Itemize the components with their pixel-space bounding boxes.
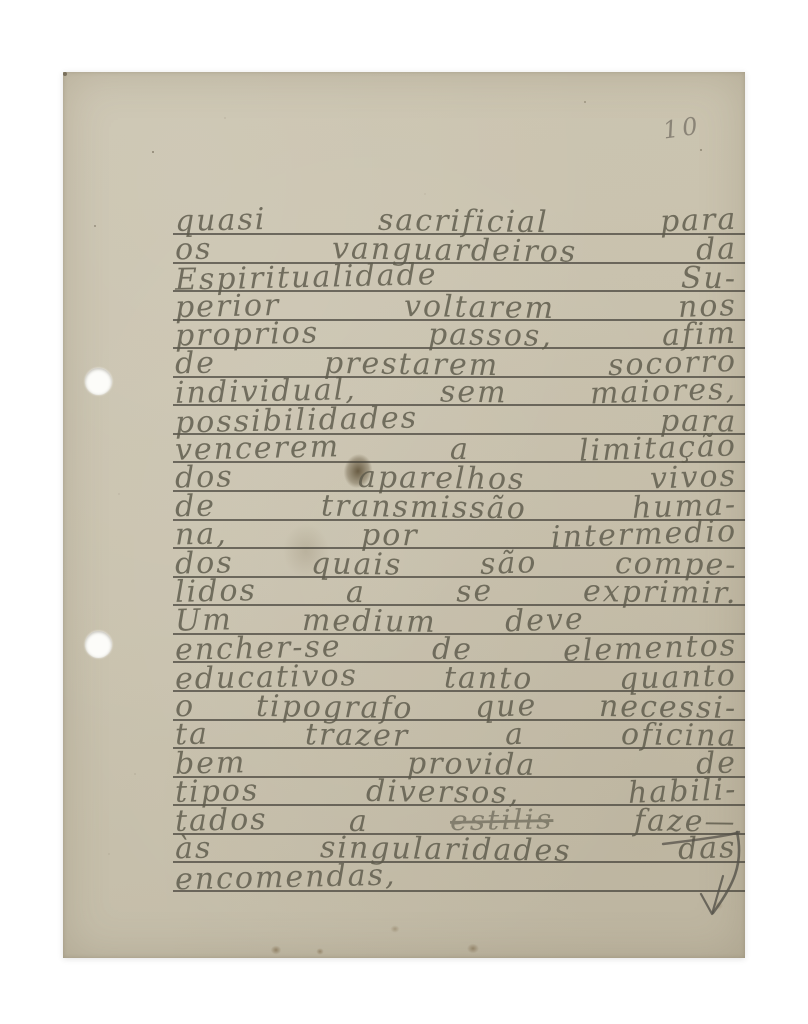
manuscript-row: tiposdiversos,habili-: [175, 774, 737, 808]
foxing-stain: [269, 944, 283, 956]
ruled-line: [173, 319, 745, 321]
manuscript-row: dosaparelhosvivos: [175, 460, 737, 494]
ruled-line: [173, 547, 745, 549]
ruled-line: [173, 519, 745, 521]
manuscript-row: propriospassos,afim: [175, 317, 737, 351]
manuscript-row: possibilidadespara: [175, 403, 737, 437]
ruled-line: [173, 804, 745, 806]
ruled-line: [173, 347, 745, 349]
struck-out-word: estilis: [450, 805, 554, 836]
manuscript-row: tatrazeraoficina: [175, 717, 737, 751]
ruled-line: [173, 262, 745, 264]
manuscript-row: lidosaseexprimir.: [175, 574, 737, 608]
ruled-line: [173, 833, 745, 835]
manuscript-row: otipografoquenecessi-: [175, 689, 737, 723]
manuscript-row: tadosaestilisfaze—: [175, 803, 737, 837]
ruled-line: [173, 233, 745, 235]
ruled-line: [173, 861, 745, 863]
manuscript-row: na,porintermedio: [175, 517, 737, 551]
manuscript-page: 10 quasisacrificialparaosvanguardeirosda…: [63, 72, 745, 958]
punch-hole-bottom: [85, 631, 112, 658]
ruled-line: [173, 661, 745, 663]
page-number: 10: [661, 111, 703, 144]
ruled-line: [173, 433, 745, 435]
ruled-line: [173, 461, 745, 463]
ruled-line: [173, 719, 745, 721]
ruled-line: [173, 404, 745, 406]
manuscript-row: encher-sedeelementos: [175, 631, 737, 665]
manuscript-row: detransmissãohuma-: [175, 489, 737, 523]
paper-smudge: [273, 512, 339, 590]
manuscript-row: educativostantoquanto: [175, 660, 737, 694]
paper-specks: [63, 72, 67, 76]
foxing-stain: [389, 924, 401, 934]
ruled-line: [173, 290, 745, 292]
manuscript-row: àssingularidadesdas: [175, 831, 737, 865]
ruled-line: [173, 576, 745, 578]
punch-hole-top: [85, 368, 112, 395]
manuscript-row: quasisacrificialpara: [175, 203, 737, 237]
manuscript-row: encomendas,: [175, 860, 737, 894]
foxing-stain: [711, 900, 725, 911]
ruled-line: [173, 376, 745, 378]
ruled-line: [173, 633, 745, 635]
ruled-line: [173, 747, 745, 749]
ruled-line: [173, 690, 745, 692]
manuscript-row: EspiritualidadeSu-: [175, 260, 737, 294]
manuscript-row: individual,semmaiores,: [175, 374, 737, 408]
manuscript-row: deprestaremsocorro: [175, 346, 737, 380]
manuscript-row: Ummediumdeve: [175, 603, 585, 637]
pen-flourish-stroke: [63, 72, 745, 958]
foxing-stain: [465, 942, 481, 955]
manuscript-row: venceremalimitação: [175, 431, 737, 465]
foxing-stain: [315, 947, 325, 956]
manuscript-row: bemprovidade: [175, 746, 737, 780]
ruled-line: [173, 890, 745, 892]
ruled-line: [173, 604, 745, 606]
manuscript-row: dosquaissãocompe-: [175, 546, 737, 580]
ruled-line: [173, 776, 745, 778]
ruled-line: [173, 490, 745, 492]
manuscript-row: periorvoltaremnos: [175, 289, 737, 323]
manuscript-row: osvanguardeirosda: [175, 232, 737, 266]
